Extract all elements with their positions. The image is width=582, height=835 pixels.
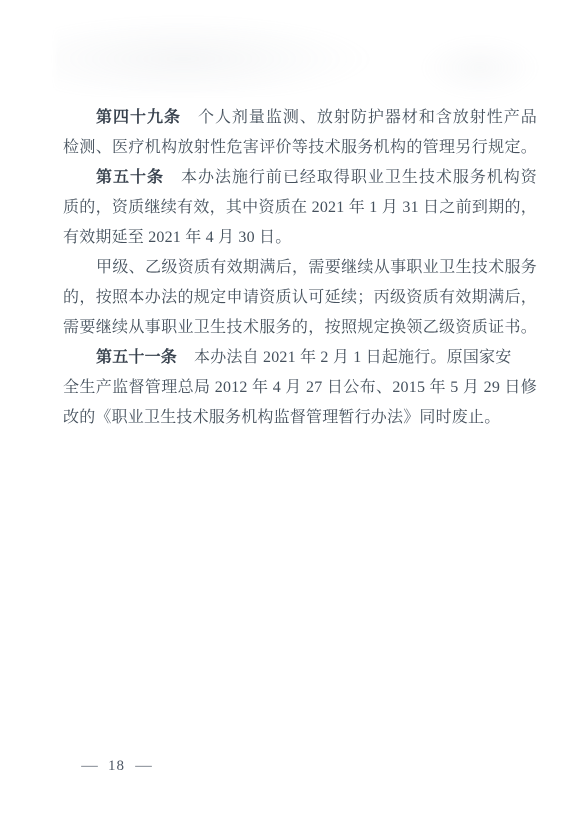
text-line: 改的《职业卫生技术服务机构监督管理暂行办法》同时废止。 xyxy=(63,403,537,433)
text-line: 第五十条本办法施行前已经取得职业卫生技术服务机构资 xyxy=(63,163,537,193)
text-segment: 本办法施行前已经取得职业卫生技术服务机构资 xyxy=(181,169,537,186)
text-line: 有效期延至 2021 年 4 月 30 日。 xyxy=(63,223,537,253)
text-line: 第五十一条本办法自 2021 年 2 月 1 日起施行。原国家安 xyxy=(63,343,537,373)
text-segment: 个人剂量监测、放射防护器材和含放射性产品 xyxy=(198,109,537,126)
text-line: 检测、医疗机构放射性危害评价等技术服务机构的管理另行规定。 xyxy=(63,133,537,163)
article-heading: 第五十一条 xyxy=(96,349,177,366)
text-line: 全生产监督管理总局 2012 年 4 月 27 日公布、2015 年 5 月 2… xyxy=(63,373,537,403)
text-line: 第四十九条个人剂量监测、放射防护器材和含放射性产品 xyxy=(63,103,537,133)
page-number-dash-right: — xyxy=(135,758,152,775)
paragraph-article-51: 第五十一条本办法自 2021 年 2 月 1 日起施行。原国家安 全生产监督管理… xyxy=(63,343,537,433)
text-line: 需要继续从事职业卫生技术服务的，按照规定换领乙级资质证书。 xyxy=(63,313,537,343)
paragraph-article-50: 第五十条本办法施行前已经取得职业卫生技术服务机构资 质的，资质继续有效，其中资质… xyxy=(63,163,537,253)
article-heading: 第五十条 xyxy=(96,169,164,186)
scan-artifact xyxy=(420,35,540,100)
scan-artifact xyxy=(55,15,375,95)
page-number-value: 18 xyxy=(108,758,125,775)
paragraph-article-50-continued: 甲级、乙级资质有效期满后，需要继续从事职业卫生技术服务 的，按照本办法的规定申请… xyxy=(63,253,537,343)
text-line: 质的，资质继续有效，其中资质在 2021 年 1 月 31 日之前到期的， xyxy=(63,193,537,223)
text-segment: 本办法自 2021 年 2 月 1 日起施行。原国家安 xyxy=(194,349,511,366)
document-page: 第四十九条个人剂量监测、放射防护器材和含放射性产品 检测、医疗机构放射性危害评价… xyxy=(0,0,582,835)
text-line: 甲级、乙级资质有效期满后，需要继续从事职业卫生技术服务 xyxy=(63,253,537,283)
paragraph-article-49: 第四十九条个人剂量监测、放射防护器材和含放射性产品 检测、医疗机构放射性危害评价… xyxy=(63,103,537,163)
text-line: 的，按照本办法的规定申请资质认可延续；丙级资质有效期满后， xyxy=(63,283,537,313)
document-body: 第四十九条个人剂量监测、放射防护器材和含放射性产品 检测、医疗机构放射性危害评价… xyxy=(63,103,537,433)
text-segment: 甲级、乙级资质有效期满后，需要继续从事职业卫生技术服务 xyxy=(96,259,537,276)
page-number: — 18 — xyxy=(82,754,151,778)
page-number-dash-left: — xyxy=(81,758,98,775)
article-heading: 第四十九条 xyxy=(96,109,181,126)
